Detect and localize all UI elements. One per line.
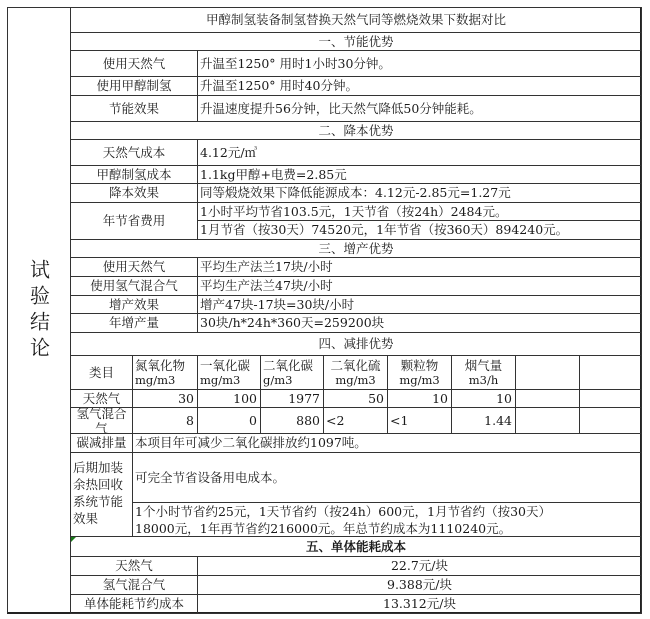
row-value: 平均生产法兰17块/小时: [198, 258, 642, 277]
row-label: 使用天然气: [71, 258, 198, 277]
section-heading-energy-saving: 一、节能优势: [71, 33, 642, 51]
side-label: 试验结论: [29, 259, 49, 363]
value-co2: 1977: [261, 390, 324, 408]
annual-savings-line2: 1月节省（按30天）74520元，1年节省（按360天）894240元。: [198, 221, 642, 240]
value-co2: 880: [261, 408, 324, 434]
row-value: 同等煅烧效果下降低能源成本：4.12元-2.85元=1.27元: [198, 184, 642, 203]
row-value: 升温至1250° 用时40分钟。: [198, 77, 642, 96]
row-value: 升温至1250° 用时1小时30分钟。: [198, 51, 642, 77]
section-heading-unit-cost: 五、单体能耗成本: [71, 537, 642, 557]
row-value: 平均生产法兰47块/小时: [198, 277, 642, 296]
row-label: 单体能耗节约成本: [71, 595, 198, 614]
row-value: 13.312元/块: [198, 595, 642, 614]
col-header-flue-gas: 烟气量m3/h: [452, 356, 516, 390]
col-unit: mg/m3: [135, 373, 175, 388]
col-unit: mg/m3: [335, 373, 375, 388]
heat-recovery-line2: 1个小时节省约25元，1天节省约（按24h）600元，1月节省约（按30天）18…: [133, 503, 642, 537]
col-name: 二氧化碳: [263, 358, 313, 373]
col-header-nox: 氮氧化物mg/m3: [133, 356, 198, 390]
row-value: 1.1kg甲醇+电费=2.85元: [198, 166, 642, 184]
row-value: 30块/h*24h*360天=259200块: [198, 314, 642, 333]
col-header-category: 类目: [71, 356, 133, 390]
value-nox: 30: [133, 390, 198, 408]
row-label-heat-recovery: 后期加装余热回收系统节能效果: [71, 453, 133, 537]
table-title: 甲醇制氢装备制氢替换天然气同等燃烧效果下数据对比: [71, 7, 642, 33]
col-unit: mg/m3: [399, 373, 439, 388]
row-value: 22.7元/块: [198, 557, 642, 576]
row-label: 氢气混合气: [71, 576, 198, 595]
col-name: 颗粒物: [401, 358, 439, 373]
col-name: 一氧化碳: [200, 358, 250, 373]
value-nox: 8: [133, 408, 198, 434]
value-co: 100: [198, 390, 261, 408]
value-so2: <2: [324, 408, 388, 434]
section-heading-emissions: 四、减排优势: [71, 333, 642, 356]
row-label: 甲醇制氢成本: [71, 166, 198, 184]
heat-recovery-line1: 可完全节省设备用电成本。: [133, 453, 642, 503]
col-name: 烟气量: [465, 358, 503, 373]
empty-cell: [516, 356, 580, 390]
row-label-natural-gas: 天然气: [71, 390, 133, 408]
annual-savings-line1: 1小时平均节省103.5元，1天节省（按24h）2484元。: [198, 203, 642, 221]
row-label-hydrogen-mix: 氢气混合气: [71, 408, 133, 434]
row-label: 增产效果: [71, 296, 198, 314]
value-flue-gas: 10: [452, 390, 516, 408]
col-header-co2: 二氧化碳g/m3: [261, 356, 324, 390]
row-label: 降本效果: [71, 184, 198, 203]
col-name: 氮氧化物: [135, 358, 185, 373]
empty-cell: [516, 408, 580, 434]
row-label-annual-savings: 年节省费用: [71, 203, 198, 240]
empty-cell: [580, 408, 642, 434]
row-value: 升温速度提升56分钟，比天然气降低50分钟能耗。: [198, 96, 642, 122]
empty-cell: [516, 390, 580, 408]
col-unit: m3/h: [469, 373, 499, 388]
row-label: 天然气: [71, 557, 198, 576]
col-header-so2: 二氧化硫mg/m3: [324, 356, 388, 390]
col-name: 二氧化硫: [330, 358, 380, 373]
row-label: 使用甲醇制氢: [71, 77, 198, 96]
col-header-particulates: 颗粒物mg/m3: [388, 356, 452, 390]
value-flue-gas: 1.44: [452, 408, 516, 434]
value-so2: 50: [324, 390, 388, 408]
row-value: 增产47块-17块=30块/小时: [198, 296, 642, 314]
row-label: 年增产量: [71, 314, 198, 333]
col-unit: mg/m3: [200, 373, 240, 388]
row-value: 4.12元/㎥: [198, 140, 642, 166]
carbon-reduction-value: 本项目年可减少二氧化碳排放约1097吨。: [133, 434, 642, 453]
side-label-cell: 试验结论: [7, 7, 71, 614]
row-label: 使用天然气: [71, 51, 198, 77]
col-header-co: 一氧化碳mg/m3: [198, 356, 261, 390]
row-label: 节能效果: [71, 96, 198, 122]
value-particulates: 10: [388, 390, 452, 408]
empty-cell: [580, 390, 642, 408]
empty-cell: [580, 356, 642, 390]
col-unit: g/m3: [263, 373, 292, 388]
section-heading-cost-reduction: 二、降本优势: [71, 122, 642, 140]
row-label: 天然气成本: [71, 140, 198, 166]
row-value: 9.388元/块: [198, 576, 642, 595]
value-particulates: <1: [388, 408, 452, 434]
section-heading-production: 三、增产优势: [71, 240, 642, 258]
value-co: 0: [198, 408, 261, 434]
row-label-carbon-reduction: 碳减排量: [71, 434, 133, 453]
row-label: 使用氢气混合气: [71, 277, 198, 296]
